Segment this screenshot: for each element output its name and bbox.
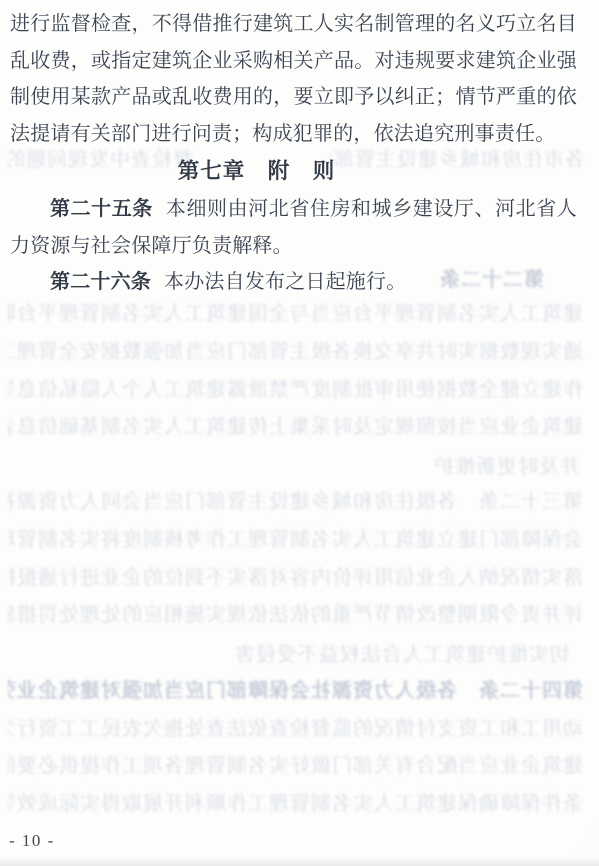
- bleed-through-line: 条件保障确保建筑工人实名制管理工作顺利开展取得实际成效等: [8, 792, 583, 816]
- bleed-through-line: 评并责令限期整改情节严重的依法依规实施相应的处理处罚措施: [8, 603, 583, 627]
- bleed-through-line: 建筑工人实名制管理平台应当与全国建筑工人实名制管理平台联: [8, 302, 583, 326]
- chapter-heading: 第七章 附 则: [0, 156, 540, 186]
- bleed-through-line: 第三十二条 各级住房和城乡建设主管部门应当会同人力资源社: [8, 490, 583, 514]
- page-number: - 10 -: [9, 831, 55, 851]
- bleed-through-line: 落实情况纳入企业信用评价内容对落实不到位的企业进行通报批: [8, 566, 583, 590]
- document-page: 督检查中发现问题的 各市住房和城乡建设主管部门 第二十二条 建筑工人实名制管理平…: [0, 0, 599, 866]
- bleed-through-line: 会保障部门建立建筑工人实名制管理工作考核制度将实名制管理: [8, 528, 583, 552]
- bleed-through-line: 建筑企业应当按照规定及时采集上传建筑工人实名制基础信息表: [8, 415, 583, 439]
- bleed-through-line: 并及时更新维护: [430, 455, 580, 479]
- article-26: 第二十六条本办法自发布之日起施行。: [10, 264, 577, 301]
- bleed-through-line: 建筑企业应当配合有关部门做好实名制管理各项工作提供必要的: [8, 754, 583, 778]
- bleed-through-line: 第四十二条 各级人力资源社会保障部门应当加强对建筑企业劳: [8, 679, 583, 703]
- bleed-through-line: 动用工和工资支付情况的监督检查依法查处拖欠农民工工资行为: [8, 717, 583, 741]
- bleed-through-line: 切实维护建筑工人合法权益不受侵害: [110, 643, 570, 667]
- article-26-number: 第二十六条: [50, 271, 151, 293]
- page-content: 进行监督检查，不得借推行建筑工人实名制管理的名义巧立名目乱收费，或指定建筑企业采…: [10, 6, 577, 301]
- article-25: 第二十五条本细则由河北省住房和城乡建设厅、河北省人力资源与社会保障厅负责解释。: [10, 191, 577, 264]
- bleed-through-line: 作建立健全数据使用审批制度严禁泄露建筑工人个人隐私信息等: [8, 378, 583, 402]
- article-26-text: 本办法自发布之日起施行。: [164, 271, 406, 293]
- bleed-through-line: 通实现数据实时共享交换各级主管部门应当加强数据安全管理工: [8, 340, 583, 364]
- paragraph-continuation: 进行监督检查，不得借推行建筑工人实名制管理的名义巧立名目乱收费，或指定建筑企业采…: [10, 6, 577, 152]
- article-25-number: 第二十五条: [50, 198, 153, 220]
